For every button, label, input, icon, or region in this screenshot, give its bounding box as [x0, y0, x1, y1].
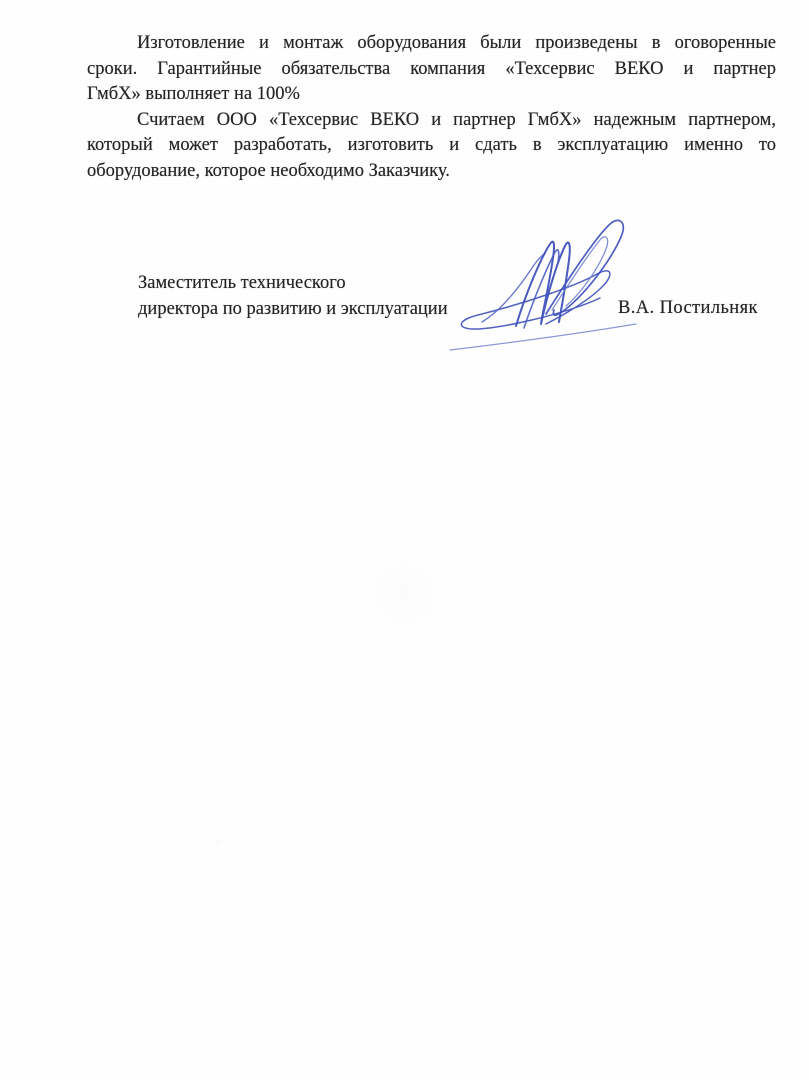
- signatory-title: Заместитель технического директора по ра…: [138, 271, 448, 322]
- paragraph1-line2: сроки. Гарантийные обязательства компани…: [87, 57, 776, 83]
- paragraph2-line1: Считаем ООО «Техсервис ВЕКО и партнер Гм…: [87, 108, 776, 134]
- signature-stroke-tail: [450, 324, 636, 350]
- scanned-letter-page: Изготовление и монтаж оборудования были …: [0, 0, 809, 1080]
- paragraph2-line2: который может разработать, изготовить и …: [87, 133, 776, 159]
- handwritten-signature-ink: [448, 212, 640, 354]
- paragraph2-line3: оборудование, которое необходимо Заказчи…: [87, 159, 776, 185]
- signatory-title-line2: директора по развитию и эксплуатации: [138, 297, 448, 323]
- letter-body: Изготовление и монтаж оборудования были …: [87, 31, 776, 184]
- signatory-title-line1: Заместитель технического: [138, 271, 448, 297]
- paragraph1-line3: ГмбХ» выполняет на 100%: [87, 82, 776, 108]
- paragraph1-line1: Изготовление и монтаж оборудования были …: [87, 31, 776, 57]
- signatory-name: В.А. Постильняк: [618, 296, 758, 322]
